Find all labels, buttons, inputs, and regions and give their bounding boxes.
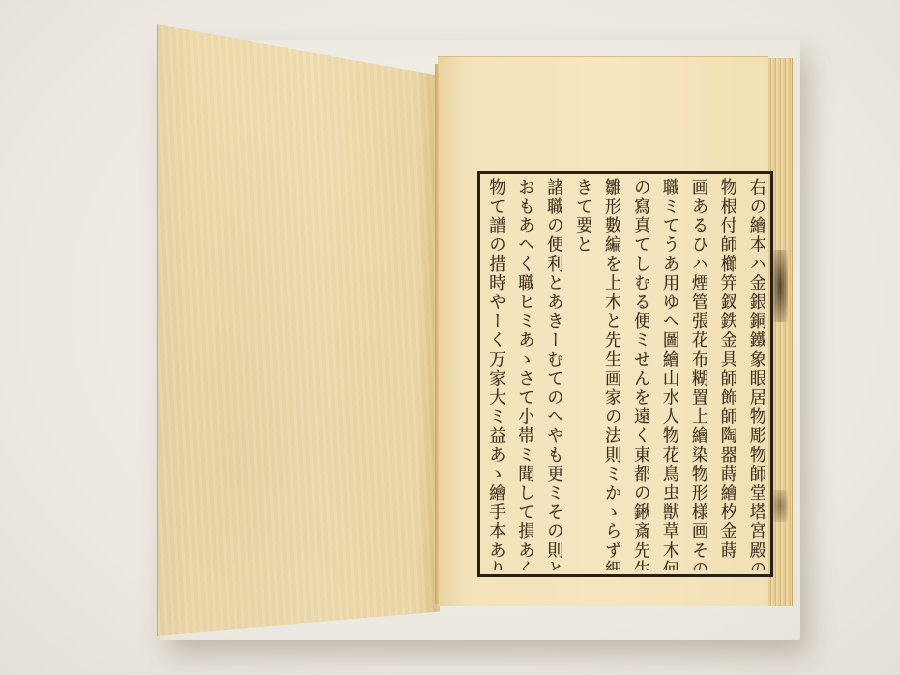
left-page-blank [157,24,440,636]
text-column: 職ミてうあ用ゆへ圖繪山水人物花鳥虫獣草木何ども職巧 [661,178,679,570]
text-column: 雛形數編を上木と先生画家の法則ミかゝらず細工の得易 [603,178,621,570]
text-column: 画あるひハ煙管張花布糊置上繪染物形様画その外諸 [690,178,708,570]
text-column: の寫真てしむる便ミせんを遠く東都の鍬斎先生ミ請ふ右の [632,178,650,570]
text-column: 右の繪本ハ金銀銅鐵象眼居物彫物師堂塔宮殿の彫 [747,178,765,570]
text-column: おもあへく職ヒミあゝさて小帯ミ聞して損あく天地間の造 [516,178,534,570]
printed-text-block: 右の繪本ハ金銀銅鐵象眼居物彫物師堂塔宮殿の彫 物根付師櫛笄釵鉄金具師飾師陶器蒔繪… [483,178,769,572]
text-column: 諸職の便利とあきーむてのへやも更ミその則と端 [545,178,563,570]
paper-texture [158,24,440,636]
text-column: 物て譜の措時やーく万家大ミ益あゝ繪手本あり [487,178,505,570]
text-column: 物根付師櫛笄釵鉄金具師飾師陶器蒔繪𣏐金蒔 [719,178,737,570]
text-column: きて要と [574,178,592,570]
book-gutter [435,64,439,604]
edge-ink-mark [772,490,788,522]
edge-ink-mark [772,250,788,322]
